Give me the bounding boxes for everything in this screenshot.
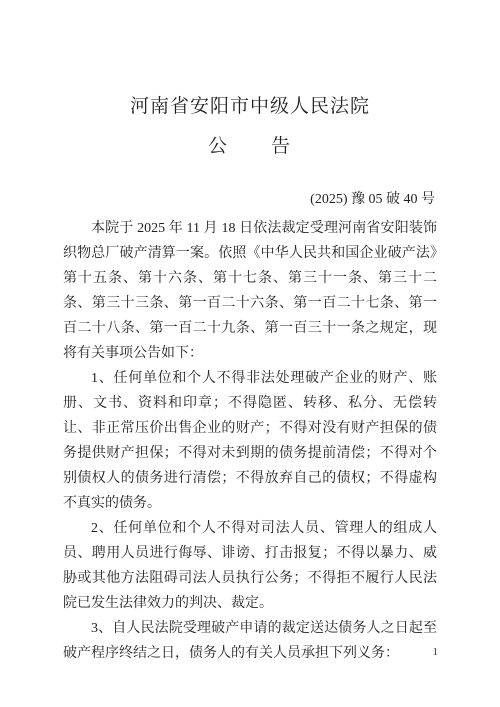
paragraph-item-3: 3、自人民法院受理破产申请的裁定送达债务人之日起至破产程序终结之日，债务人的有关… <box>63 616 437 666</box>
paragraph-item-1: 1、任何单位和个人不得非法处理破产企业的财产、账册、文书、资料和印章；不得隐匿、… <box>63 366 437 516</box>
announcement-page: 河南省安阳市中级人民法院 公 告 (2025) 豫 05 破 40 号 本院于 … <box>0 0 500 707</box>
court-title: 河南省安阳市中级人民法院 <box>63 95 437 118</box>
page-number: 1 <box>433 645 439 659</box>
case-number: (2025) 豫 05 破 40 号 <box>63 191 437 208</box>
document-content: 河南省安阳市中级人民法院 公 告 (2025) 豫 05 破 40 号 本院于 … <box>0 0 500 666</box>
document-title: 公 告 <box>63 135 437 158</box>
paragraph-intro: 本院于 2025 年 11 月 18 日依法裁定受理河南省安阳装饰织物总厂破产清… <box>63 216 437 366</box>
paragraph-item-2: 2、任何单位和个人不得对司法人员、管理人的组成人员、聘用人员进行侮辱、诽谤、打击… <box>63 516 437 616</box>
body-text: 本院于 2025 年 11 月 18 日依法裁定受理河南省安阳装饰织物总厂破产清… <box>63 216 437 666</box>
